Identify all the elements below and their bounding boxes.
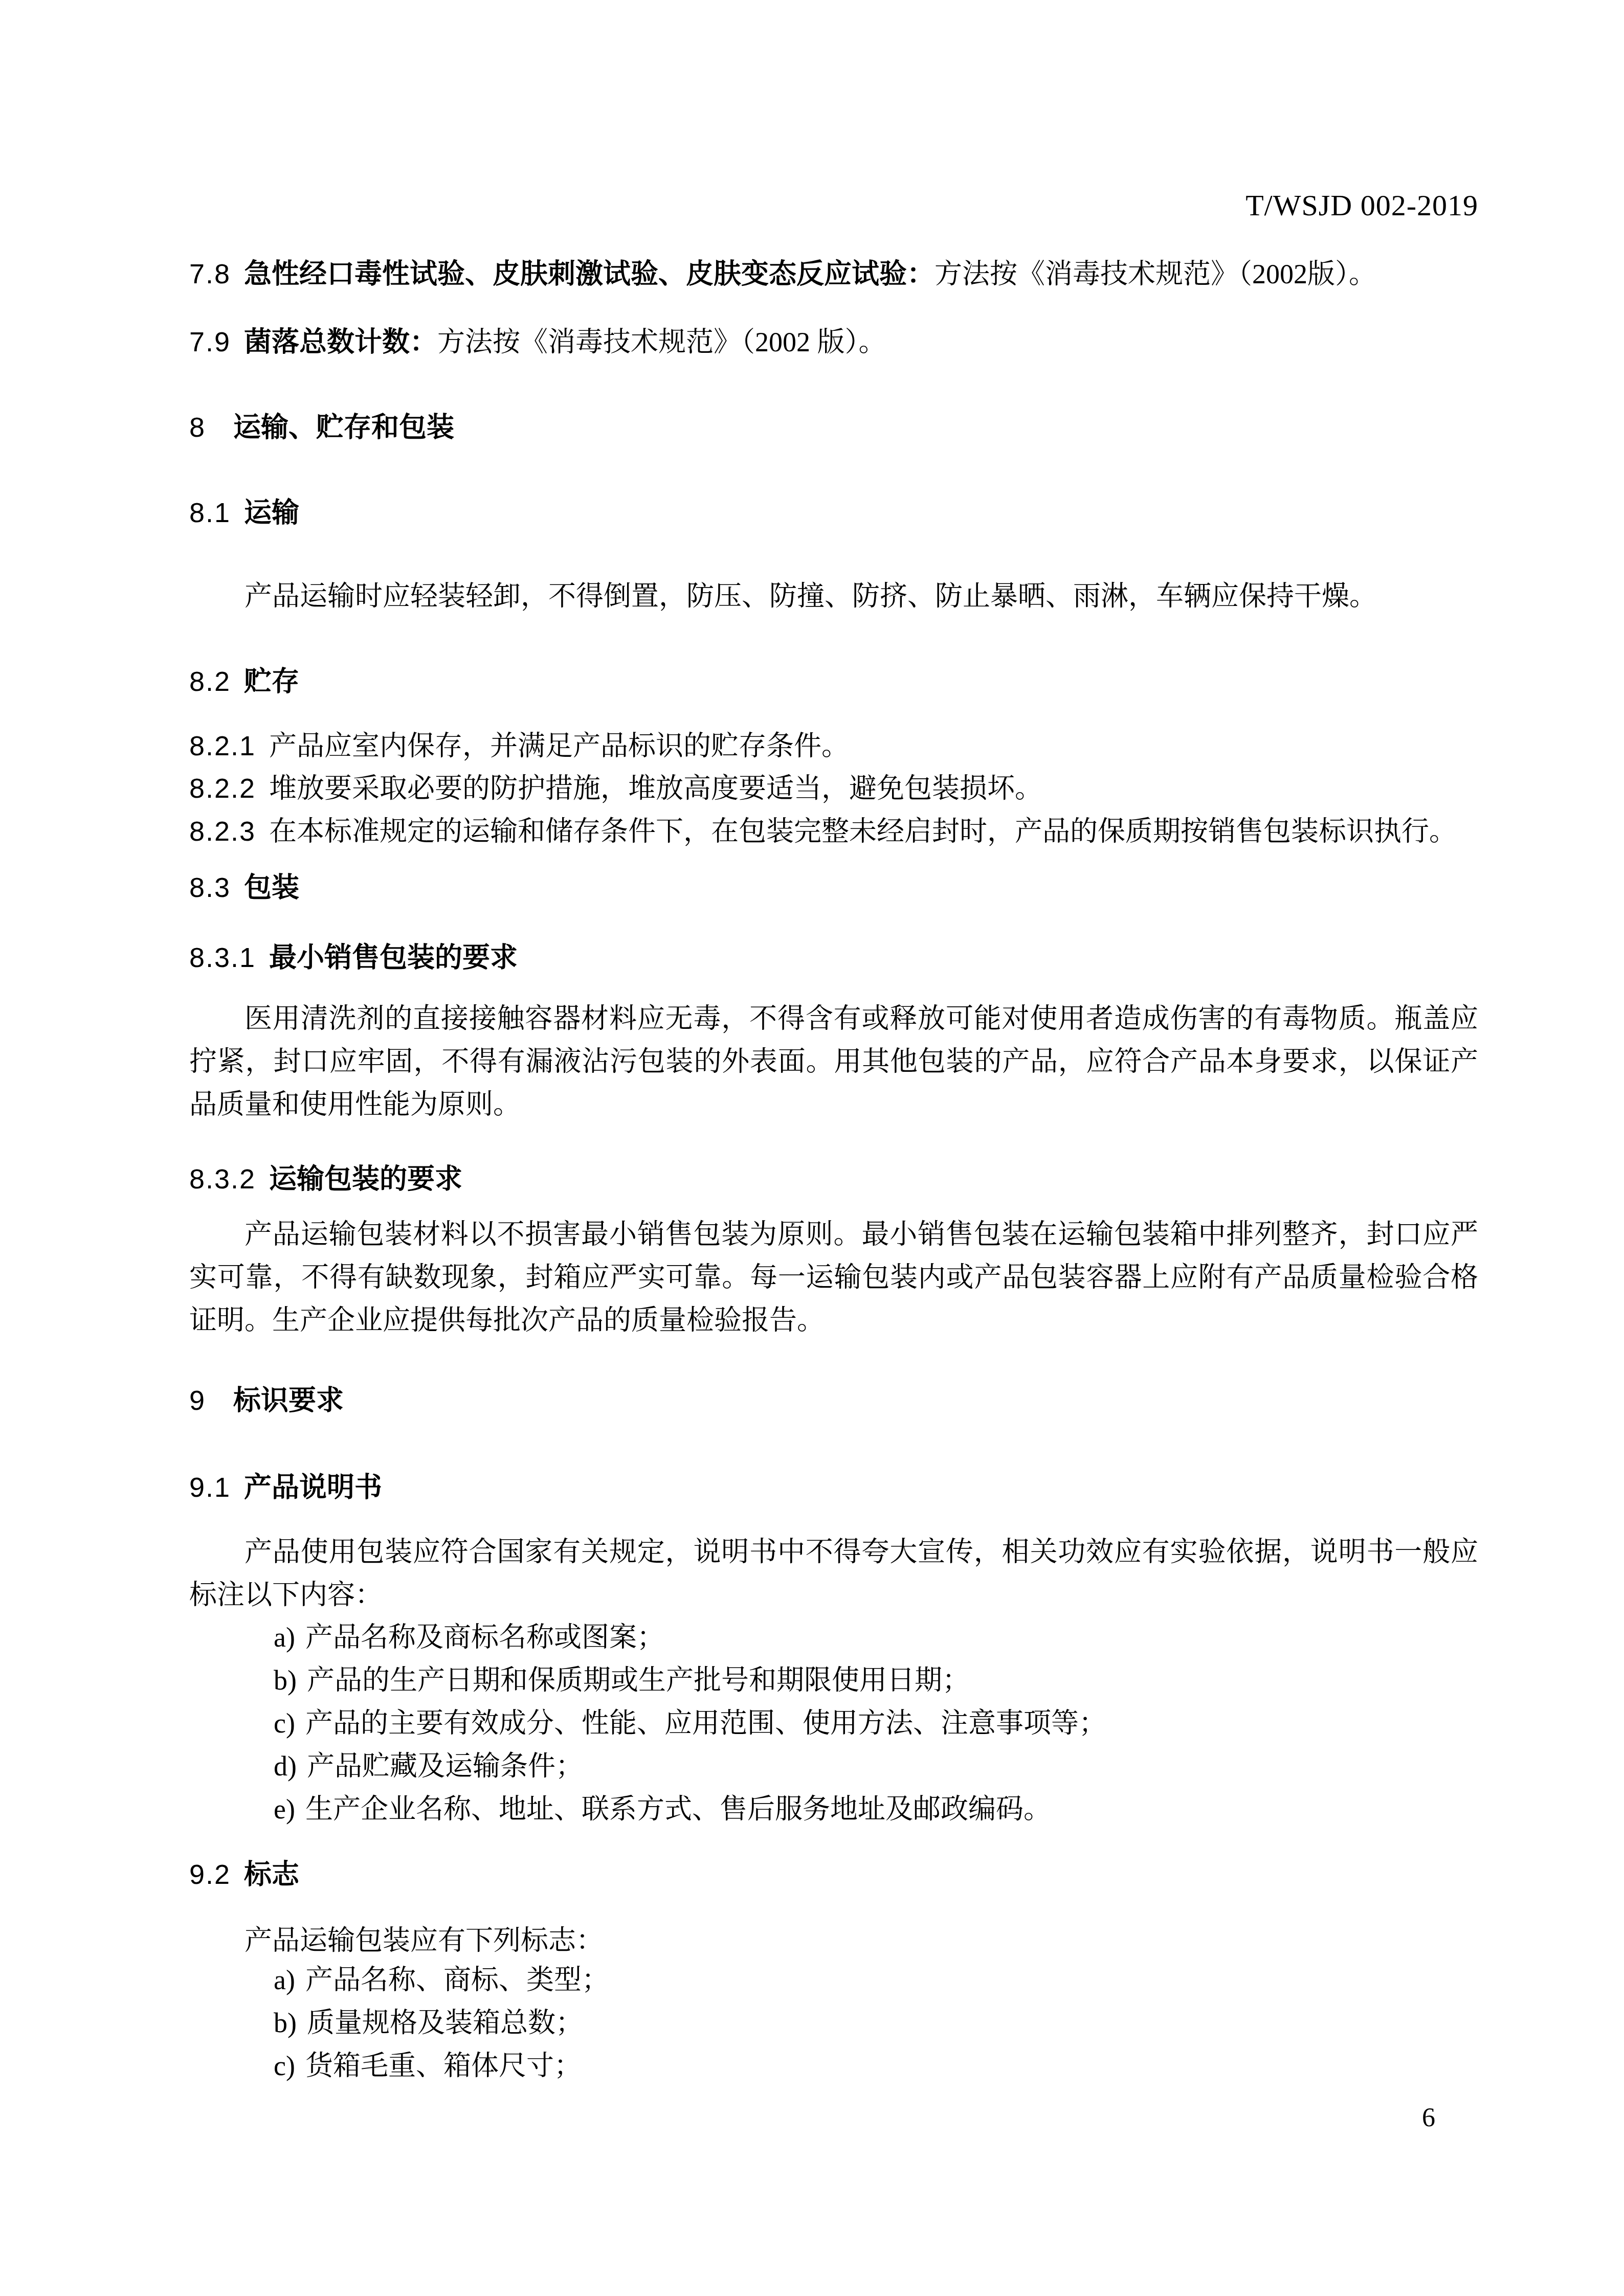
section-8-1-heading: 8.1运输	[189, 491, 1478, 534]
list-item: b)产品的生产日期和保质期或生产批号和期限使用日期；	[189, 1659, 1478, 1702]
section-8-3-1-number: 8.3.1	[189, 942, 256, 973]
document-page: T/WSJD 002-2019 7.8急性经口毒性试验、皮肤刺激试验、皮肤变态反…	[0, 0, 1624, 2296]
section-9-heading: 9标识要求	[189, 1379, 1478, 1422]
clause-8-2-3-text: 在本标准规定的运输和储存条件下，在包装完整未经启封时，产品的保质期按销售包装标识…	[269, 816, 1457, 847]
section-8-3-1-heading: 8.3.1最小销售包装的要求	[189, 936, 1478, 979]
section-8-2-heading: 8.2贮存	[189, 660, 1478, 703]
standard-code-header: T/WSJD 002-2019	[189, 190, 1478, 221]
clause-8-2-3-number: 8.2.3	[189, 816, 256, 847]
list-item-marker: a)	[274, 1965, 295, 1995]
clause-8-2-1: 8.2.1产品应室内保存，并满足产品标识的贮存条件。	[189, 725, 1478, 768]
clause-7-8-text: 方法按《消毒技术规范》（2002版）。	[935, 259, 1376, 289]
list-item: c)货箱毛重、箱体尺寸；	[189, 2044, 1478, 2087]
list-item: e)生产企业名称、地址、联系方式、售后服务地址及邮政编码。	[189, 1788, 1478, 1831]
list-item-text: 产品的生产日期和保质期或生产批号和期限使用日期；	[307, 1665, 970, 1696]
section-8-title: 运输、贮存和包装	[233, 412, 454, 443]
section-8-1-title: 运输	[244, 498, 299, 528]
list-item-text: 产品名称、商标、类型；	[305, 1965, 609, 1995]
section-8-heading: 8运输、贮存和包装	[189, 406, 1478, 449]
clause-7-8: 7.8急性经口毒性试验、皮肤刺激试验、皮肤变态反应试验：方法按《消毒技术规范》（…	[189, 253, 1478, 296]
section-9-1-number: 9.1	[189, 1472, 231, 1503]
list-9-2: a)产品名称、商标、类型； b)质量规格及装箱总数； c)货箱毛重、箱体尺寸；	[189, 1959, 1478, 2087]
clause-8-2-3: 8.2.3在本标准规定的运输和储存条件下，在包装完整未经启封时，产品的保质期按销…	[189, 810, 1478, 853]
list-item-marker: c)	[274, 1708, 295, 1739]
paragraph-8-1: 产品运输时应轻装轻卸，不得倒置，防压、防撞、防挤、防止暴晒、雨淋，车辆应保持干燥…	[189, 575, 1478, 618]
section-9-1-title: 产品说明书	[244, 1472, 382, 1503]
clause-8-2-2: 8.2.2堆放要采取必要的防护措施，堆放高度要适当，避免包装损坏。	[189, 767, 1478, 810]
paragraph-9-2-intro: 产品运输包装应有下列标志：	[189, 1919, 1478, 1962]
list-item-text: 生产企业名称、地址、联系方式、售后服务地址及邮政编码。	[305, 1794, 1051, 1825]
section-8-2-title: 贮存	[244, 666, 299, 697]
list-item: b)质量规格及装箱总数；	[189, 2001, 1478, 2044]
list-item-text: 质量规格及装箱总数；	[307, 2008, 583, 2038]
clause-8-2-1-number: 8.2.1	[189, 731, 256, 761]
section-9-2-title: 标志	[244, 1859, 299, 1890]
section-9-title: 标识要求	[233, 1385, 344, 1416]
section-8-3-2-heading: 8.3.2运输包装的要求	[189, 1158, 1478, 1201]
list-item-marker: d)	[274, 1751, 297, 1782]
list-item-marker: a)	[274, 1622, 295, 1653]
section-9-2-heading: 9.2标志	[189, 1853, 1478, 1896]
list-item: d)产品贮藏及运输条件；	[189, 1745, 1478, 1788]
section-8-2-number: 8.2	[189, 666, 231, 697]
section-8-3-2-number: 8.3.2	[189, 1164, 256, 1195]
section-9-number: 9	[189, 1385, 206, 1416]
list-item-text: 产品贮藏及运输条件；	[307, 1751, 583, 1782]
list-9-1: a)产品名称及商标名称或图案； b)产品的生产日期和保质期或生产批号和期限使用日…	[189, 1616, 1478, 1831]
paragraph-9-1: 产品使用包装应符合国家有关规定，说明书中不得夸大宣传，相关功效应有实验依据，说明…	[189, 1530, 1478, 1616]
list-item: a)产品名称、商标、类型；	[189, 1959, 1478, 2001]
clause-7-9-label: 菌落总数计数：	[244, 327, 437, 357]
clause-8-2-2-text: 堆放要采取必要的防护措施，堆放高度要适当，避免包装损坏。	[269, 773, 1042, 804]
page-number: 6	[1422, 2103, 1435, 2133]
list-item-marker: b)	[274, 1665, 297, 1696]
list-item-marker: b)	[274, 2008, 297, 2038]
section-8-3-2-title: 运输包装的要求	[269, 1164, 462, 1195]
clause-7-9-number: 7.9	[189, 327, 231, 357]
section-8-1-number: 8.1	[189, 498, 231, 528]
clause-7-9: 7.9菌落总数计数：方法按《消毒技术规范》（2002 版）。	[189, 321, 1478, 364]
section-8-number: 8	[189, 412, 206, 443]
clause-7-8-number: 7.8	[189, 259, 231, 289]
clause-8-2-1-text: 产品应室内保存，并满足产品标识的贮存条件。	[269, 731, 849, 761]
list-item-text: 产品名称及商标名称或图案；	[305, 1622, 664, 1653]
section-9-2-number: 9.2	[189, 1859, 231, 1890]
section-8-3-1-title: 最小销售包装的要求	[269, 942, 518, 973]
list-item-text: 产品的主要有效成分、性能、应用范围、使用方法、注意事项等；	[305, 1708, 1106, 1739]
section-8-3-title: 包装	[244, 872, 299, 903]
list-item: a)产品名称及商标名称或图案；	[189, 1616, 1478, 1659]
section-8-3-heading: 8.3包装	[189, 866, 1478, 909]
clause-8-2-2-number: 8.2.2	[189, 773, 256, 804]
clause-7-8-label: 急性经口毒性试验、皮肤刺激试验、皮肤变态反应试验：	[244, 259, 935, 289]
list-item-text: 货箱毛重、箱体尺寸；	[305, 2051, 582, 2081]
clause-7-9-text: 方法按《消毒技术规范》（2002 版）。	[437, 327, 886, 357]
section-8-3-number: 8.3	[189, 872, 231, 903]
paragraph-8-3-2: 产品运输包装材料以不损害最小销售包装为原则。最小销售包装在运输包装箱中排列整齐，…	[189, 1213, 1478, 1342]
paragraph-8-3-1: 医用清洗剂的直接接触容器材料应无毒，不得含有或释放可能对使用者造成伤害的有毒物质…	[189, 997, 1478, 1126]
list-item-marker: c)	[274, 2051, 295, 2081]
section-9-1-heading: 9.1产品说明书	[189, 1466, 1478, 1509]
list-item-marker: e)	[274, 1794, 295, 1825]
list-item: c)产品的主要有效成分、性能、应用范围、使用方法、注意事项等；	[189, 1702, 1478, 1745]
